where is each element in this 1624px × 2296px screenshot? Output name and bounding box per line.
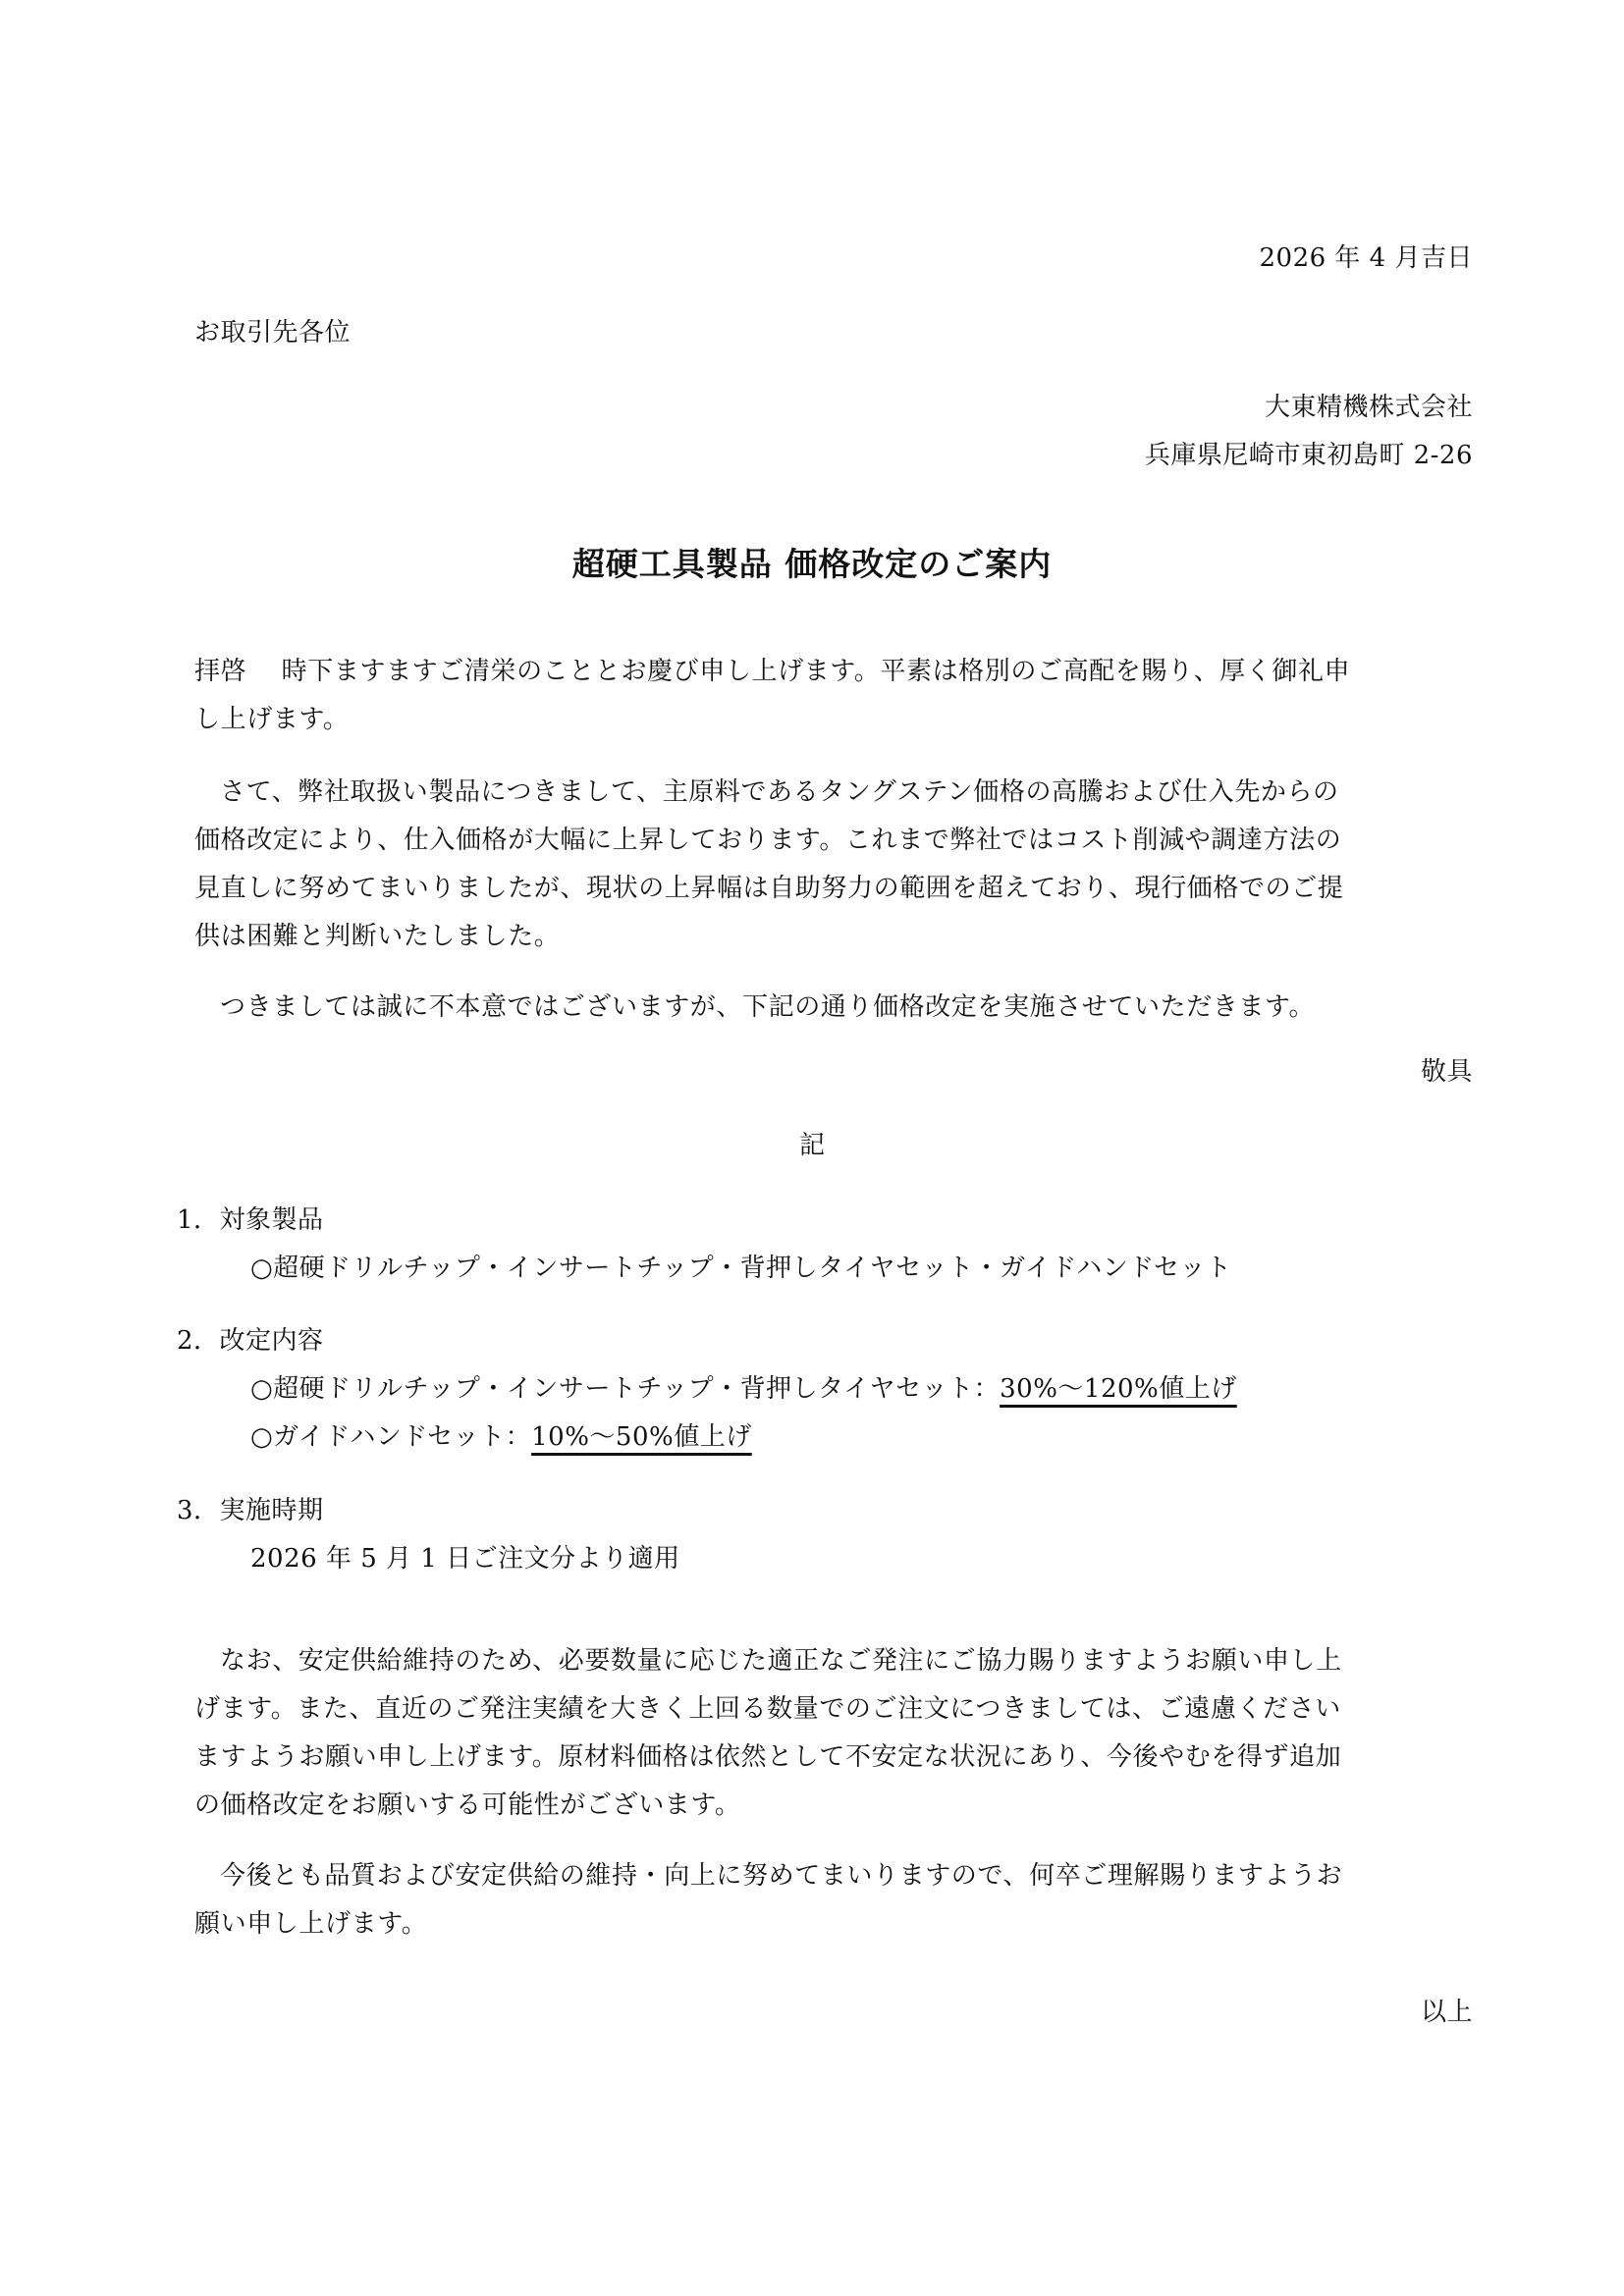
recipient: お取引先各位 (194, 316, 351, 349)
reason-paragraph: さて、弊社取扱い製品につきまして、主原料であるタングステン価格の高騰および仕入先… (194, 769, 1471, 961)
paragraph-line: げます。また、直近のご発注実績を大きく上回る数量でのご注文につきましては、ご遠慮… (194, 1685, 1471, 1734)
paragraph-line: さて、弊社取扱い製品につきまして、主原料であるタングステン価格の高騰および仕入先… (194, 769, 1471, 817)
closing-keigu: 敬具 (1421, 1055, 1473, 1089)
section-label: 対象製品 (220, 1205, 324, 1235)
paragraph-line: 供は困難と判断いたしました。 (194, 913, 1471, 961)
section-label: 実施時期 (220, 1496, 324, 1525)
paragraph-line: ますようお願い申し上げます。原材料価格は依然として不安定な状況にあり、今後やむを… (194, 1734, 1471, 1782)
section-number: 3． (177, 1496, 220, 1525)
greeting-paragraph: 拝啓 時下ますますご清栄のこととお慶び申し上げます。平素は格別のご高配を賜り、厚… (194, 648, 1471, 744)
section-1-item: ○超硬ドリルチップ・インサートチップ・背押しタイヤセット・ガイドハンドセット (250, 1252, 1232, 1285)
supply-paragraph: なお、安定供給維持のため、必要数量に応じた適正なご発注にご協力賜りますようお願い… (194, 1637, 1471, 1830)
announcement-paragraph: つきましては誠に不本意ではございますが、下記の通り価格改定を実施させていただきま… (194, 984, 1471, 1032)
greeting-line: し上げます。 (194, 696, 1471, 744)
paragraph-line: 願い申し上げます。 (194, 1900, 1471, 1949)
greeting-line: 拝啓 時下ますますご清栄のこととお慶び申し上げます。平素は格別のご高配を賜り、厚… (194, 648, 1471, 696)
issue-date: 2026 年 4 月吉日 (1259, 241, 1473, 275)
section-label: 改定内容 (220, 1326, 324, 1356)
paragraph-line: なお、安定供給維持のため、必要数量に応じた適正なご発注にご協力賜りますようお願い… (194, 1637, 1471, 1685)
sender-address: 兵庫県尼崎市東初島町 2-26 (1145, 439, 1473, 472)
section-1-heading: 1．対象製品 (177, 1203, 324, 1237)
section-2-heading: 2．改定内容 (177, 1324, 324, 1358)
document-title: 超硬工具製品 価格改定のご案内 (0, 545, 1624, 584)
sender-company: 大東精機株式会社 (1265, 391, 1473, 424)
paragraph-line: 今後とも品質および安定供給の維持・向上に努めてまいりますので、何卒ご理解賜ります… (194, 1852, 1471, 1900)
section-3-heading: 3．実施時期 (177, 1494, 324, 1527)
notice-heading: 記 (0, 1129, 1624, 1162)
section-2-item-2: ○ガイドハンドセット：10%～50%値上げ (250, 1420, 752, 1454)
paragraph-line: つきましては誠に不本意ではございますが、下記の通り価格改定を実施させていただきま… (194, 984, 1471, 1032)
section-number: 1． (177, 1205, 220, 1235)
section-number: 2． (177, 1326, 220, 1356)
paragraph-line: 見直しに努めてまいりましたが、現状の上昇幅は自助努力の範囲を超えており、現行価格… (194, 865, 1471, 913)
paragraph-line: の価格改定をお願いする可能性がございます。 (194, 1782, 1471, 1830)
document-page: 2026 年 4 月吉日 お取引先各位 大東精機株式会社 兵庫県尼崎市東初島町 … (0, 0, 1624, 2296)
section-2-item-1: ○超硬ドリルチップ・インサートチップ・背押しタイヤセット：30%～120%値上げ (250, 1372, 1237, 1406)
effective-date: 2026 年 5 月 1 日ご注文分より適用 (250, 1542, 680, 1575)
price-increase-rate: 30%～120%値上げ (1000, 1374, 1237, 1404)
paragraph-line: 価格改定により、仕入価格が大幅に上昇しております。これまで弊社ではコスト削減や調… (194, 817, 1471, 865)
closing-paragraph: 今後とも品質および安定供給の維持・向上に努めてまいりますので、何卒ご理解賜ります… (194, 1852, 1471, 1949)
end-mark: 以上 (1421, 1996, 1473, 2029)
price-increase-rate: 10%～50%値上げ (531, 1422, 752, 1452)
